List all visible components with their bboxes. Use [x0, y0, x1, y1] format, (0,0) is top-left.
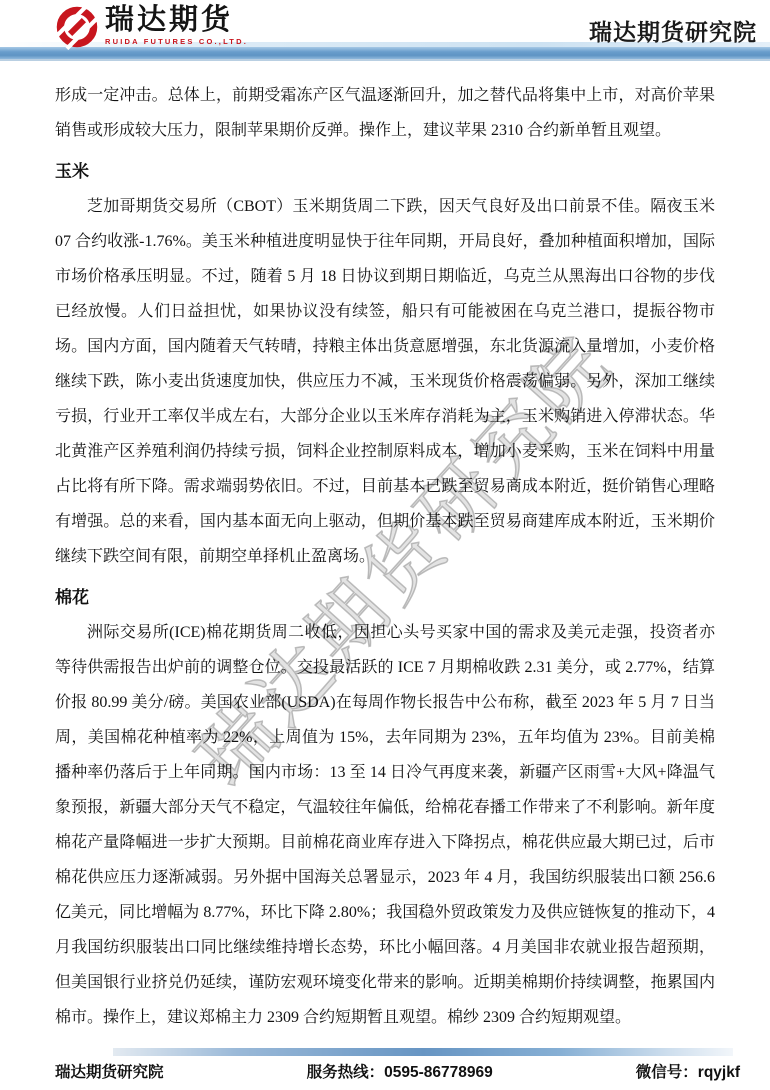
- report-page: 瑞达期货 RUIDA FUTURES CO.,LTD. 瑞达期货研究院 瑞达期货…: [0, 0, 770, 1090]
- company-logo: 瑞达期货 RUIDA FUTURES CO.,LTD.: [54, 4, 248, 50]
- section-heading-corn: 玉米: [55, 154, 715, 189]
- cotton-paragraph: 洲际交易所(ICE)棉花期货周二收低，因担心头号买家中国的需求及美元走强，投资者…: [55, 615, 715, 1035]
- footer-divider: [113, 1048, 733, 1056]
- brand-name-en: RUIDA FUTURES CO.,LTD.: [105, 37, 248, 46]
- section-heading-cotton: 棉花: [55, 580, 715, 615]
- brand-name-cn: 瑞达期货: [105, 4, 248, 36]
- institute-title: 瑞达期货研究院: [589, 14, 757, 47]
- logo-text: 瑞达期货 RUIDA FUTURES CO.,LTD.: [105, 4, 248, 46]
- footer-wechat: 微信号：rqyjkf: [636, 1060, 740, 1082]
- ruida-swirl-logo-icon: [54, 4, 100, 50]
- apple-intro-paragraph: 形成一定冲击。总体上，前期受霜冻产区气温逐渐回升，加之替代品将集中上市，对高价苹…: [55, 78, 715, 148]
- page-footer: 瑞达期货研究院 服务热线：0595-86778969 微信号：rqyjkf: [55, 1060, 740, 1082]
- page-header: 瑞达期货 RUIDA FUTURES CO.,LTD. 瑞达期货研究院: [0, 0, 770, 62]
- corn-paragraph: 芝加哥期货交易所（CBOT）玉米期货周二下跌，因天气良好及出口前景不佳。隔夜玉米…: [55, 189, 715, 574]
- report-body: 形成一定冲击。总体上，前期受霜冻产区气温逐渐回升，加之替代品将集中上市，对高价苹…: [0, 62, 770, 1035]
- footer-institute: 瑞达期货研究院: [55, 1060, 164, 1082]
- footer-hotline: 服务热线：0595-86778969: [307, 1060, 493, 1082]
